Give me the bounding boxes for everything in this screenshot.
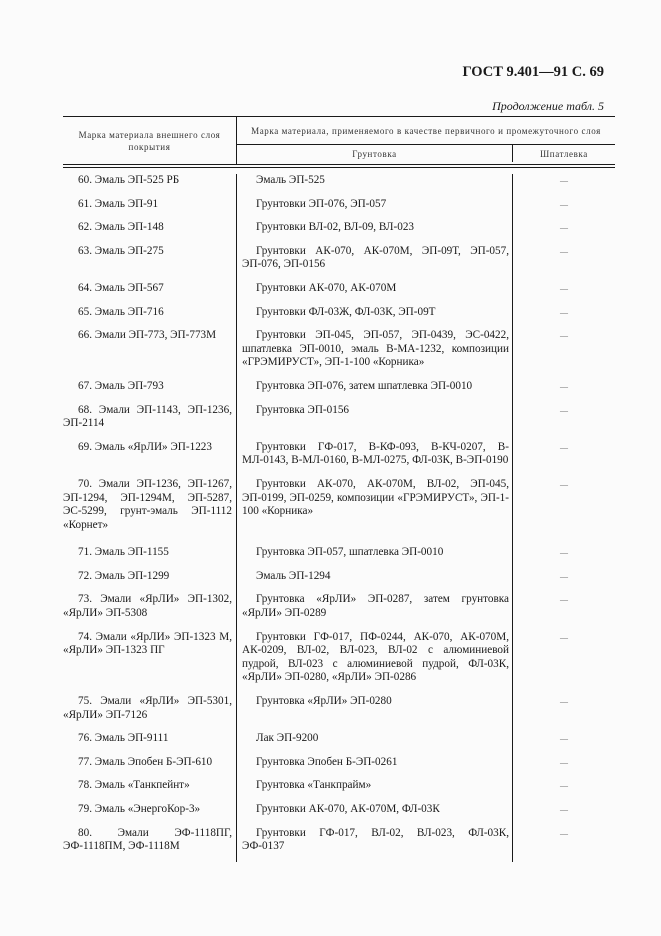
table-body: 60. Эмаль ЭП-525 РБЭмаль ЭП-525—61. Эмал…	[63, 174, 615, 862]
primer-cell: Грунтовка ЭП-076, затем шпатлевка ЭП-001…	[236, 380, 513, 394]
table-row: 66. Эмали ЭП-773, ЭП-773МГрунтовки ЭП-04…	[63, 329, 615, 370]
outer-layer-cell: 65. Эмаль ЭП-716	[63, 306, 236, 320]
table-row: 65. Эмаль ЭП-716Грунтовки ФЛ-03Ж, ФЛ-03К…	[63, 306, 615, 320]
table-row: 78. Эмаль «Танкпейнт»Грунтовка «Танкпрай…	[63, 779, 615, 793]
table-row: 73. Эмали «ЯрЛИ» ЭП-1302, «ЯрЛИ» ЭП-5308…	[63, 593, 615, 620]
table-row: 70. Эмали ЭП-1236, ЭП-1267, ЭП-1294, ЭП-…	[63, 478, 615, 532]
primer-cell: Эмаль ЭП-525	[236, 174, 513, 188]
table-row: 72. Эмаль ЭП-1299Эмаль ЭП-1294—	[63, 570, 615, 584]
primer-cell: Грунтовки АК-070, АК-070М, ЭП-09Т, ЭП-05…	[236, 245, 513, 272]
putty-cell: —	[513, 380, 615, 394]
putty-cell: —	[513, 329, 615, 370]
primer-cell: Грунтовка ЭП-0156	[236, 404, 513, 431]
table-row: 63. Эмаль ЭП-275Грунтовки АК-070, АК-070…	[63, 245, 615, 272]
putty-cell: —	[513, 732, 615, 746]
putty-cell: —	[513, 695, 615, 722]
primer-cell: Грунтовка ЭП-057, шпатлевка ЭП-0010	[236, 546, 513, 560]
outer-layer-cell: 78. Эмаль «Танкпейнт»	[63, 779, 236, 793]
outer-layer-cell: 72. Эмаль ЭП-1299	[63, 570, 236, 584]
putty-cell: —	[513, 404, 615, 431]
table-continued-label: Продолжение табл. 5	[0, 99, 604, 114]
column-divider	[236, 174, 237, 862]
outer-layer-cell: 70. Эмали ЭП-1236, ЭП-1267, ЭП-1294, ЭП-…	[63, 478, 236, 532]
table-header: Марка материала внешнего слоя покрытия М…	[63, 116, 615, 168]
outer-layer-cell: 73. Эмали «ЯрЛИ» ЭП-1302, «ЯрЛИ» ЭП-5308	[63, 593, 236, 620]
table-row: 68. Эмали ЭП-1143, ЭП-1236, ЭП-2114Грунт…	[63, 404, 615, 431]
putty-cell: —	[513, 282, 615, 296]
primer-cell: Грунтовка «ЯрЛИ» ЭП-0287, затем грунтовк…	[236, 593, 513, 620]
outer-layer-cell: 80. Эмали ЭФ-1118ПГ, ЭФ-1118ПМ, ЭФ-1118М	[63, 827, 236, 854]
header-group: Марка материала, применяемого в качестве…	[237, 117, 615, 164]
putty-cell: —	[513, 779, 615, 793]
outer-layer-cell: 60. Эмаль ЭП-525 РБ	[63, 174, 236, 188]
outer-layer-cell: 63. Эмаль ЭП-275	[63, 245, 236, 272]
primer-cell: Грунтовки ГФ-017, ПФ-0244, АК-070, АК-07…	[236, 631, 513, 685]
primer-cell: Грунтовки АК-070, АК-070М, ВЛ-02, ЭП-045…	[236, 478, 513, 532]
outer-layer-cell: 67. Эмаль ЭП-793	[63, 380, 236, 394]
table-row: 64. Эмаль ЭП-567Грунтовки АК-070, АК-070…	[63, 282, 615, 296]
putty-cell: —	[513, 570, 615, 584]
outer-layer-cell: 62. Эмаль ЭП-148	[63, 221, 236, 235]
table-row: 71. Эмаль ЭП-1155Грунтовка ЭП-057, шпатл…	[63, 546, 615, 560]
table-row: 76. Эмаль ЭП-9111Лак ЭП-9200—	[63, 732, 615, 746]
putty-cell: —	[513, 306, 615, 320]
putty-cell: —	[513, 546, 615, 560]
primer-cell: Грунтовки ВЛ-02, ВЛ-09, ВЛ-023	[236, 221, 513, 235]
table-row: 62. Эмаль ЭП-148Грунтовки ВЛ-02, ВЛ-09, …	[63, 221, 615, 235]
column-divider	[512, 174, 513, 862]
putty-cell: —	[513, 198, 615, 212]
header-outer-layer: Марка материала внешнего слоя покрытия	[63, 117, 237, 164]
header-group-title: Марка материала, применяемого в качестве…	[237, 117, 615, 145]
outer-layer-cell: 79. Эмаль «ЭнергоКор-3»	[63, 803, 236, 817]
putty-cell: —	[513, 756, 615, 770]
primer-cell: Лак ЭП-9200	[236, 732, 513, 746]
table-row: 74. Эмали «ЯрЛИ» ЭП-1323 М, «ЯрЛИ» ЭП-13…	[63, 631, 615, 685]
outer-layer-cell: 68. Эмали ЭП-1143, ЭП-1236, ЭП-2114	[63, 404, 236, 431]
table-row: 69. Эмаль «ЯрЛИ» ЭП-1223Грунтовки ГФ-017…	[63, 441, 615, 468]
outer-layer-cell: 66. Эмали ЭП-773, ЭП-773М	[63, 329, 236, 370]
putty-cell: —	[513, 221, 615, 235]
primer-cell: Грунтовка «Танкпрайм»	[236, 779, 513, 793]
outer-layer-cell: 77. Эмаль Эпобен Б-ЭП-610	[63, 756, 236, 770]
primer-cell: Грунтовки ГФ-017, В-КФ-093, В-КЧ-0207, В…	[236, 441, 513, 468]
primer-cell: Грунтовка «ЯрЛИ» ЭП-0280	[236, 695, 513, 722]
primer-cell: Грунтовки АК-070, АК-070М, ФЛ-03К	[236, 803, 513, 817]
table-row: 75. Эмали «ЯрЛИ» ЭП-5301, «ЯрЛИ» ЭП-7126…	[63, 695, 615, 722]
putty-cell: —	[513, 803, 615, 817]
outer-layer-cell: 75. Эмали «ЯрЛИ» ЭП-5301, «ЯрЛИ» ЭП-7126	[63, 695, 236, 722]
outer-layer-cell: 64. Эмаль ЭП-567	[63, 282, 236, 296]
primer-cell: Грунтовки ФЛ-03Ж, ФЛ-03К, ЭП-09Т	[236, 306, 513, 320]
putty-cell: —	[513, 174, 615, 188]
primer-cell: Грунтовки АК-070, АК-070М	[236, 282, 513, 296]
putty-cell: —	[513, 245, 615, 272]
header-putty: Шпатлевка	[513, 145, 615, 162]
primer-cell: Грунтовка Эпобен Б-ЭП-0261	[236, 756, 513, 770]
outer-layer-cell: 74. Эмали «ЯрЛИ» ЭП-1323 М, «ЯрЛИ» ЭП-13…	[63, 631, 236, 685]
table-row: 60. Эмаль ЭП-525 РБЭмаль ЭП-525—	[63, 174, 615, 188]
page-header: ГОСТ 9.401—91 С. 69	[0, 64, 604, 81]
outer-layer-cell: 76. Эмаль ЭП-9111	[63, 732, 236, 746]
putty-cell: —	[513, 478, 615, 532]
outer-layer-cell: 71. Эмаль ЭП-1155	[63, 546, 236, 560]
outer-layer-cell: 69. Эмаль «ЯрЛИ» ЭП-1223	[63, 441, 236, 468]
putty-cell: —	[513, 631, 615, 685]
putty-cell: —	[513, 827, 615, 854]
primer-cell: Грунтовки ЭП-045, ЭП-057, ЭП-0439, ЭС-04…	[236, 329, 513, 370]
table-row: 61. Эмаль ЭП-91Грунтовки ЭП-076, ЭП-057—	[63, 198, 615, 212]
materials-table: Марка материала внешнего слоя покрытия М…	[63, 116, 615, 862]
table-row: 80. Эмали ЭФ-1118ПГ, ЭФ-1118ПМ, ЭФ-1118М…	[63, 827, 615, 854]
putty-cell: —	[513, 441, 615, 468]
primer-cell: Эмаль ЭП-1294	[236, 570, 513, 584]
header-primer: Грунтовка	[237, 145, 513, 162]
putty-cell: —	[513, 593, 615, 620]
table-row: 67. Эмаль ЭП-793Грунтовка ЭП-076, затем …	[63, 380, 615, 394]
outer-layer-cell: 61. Эмаль ЭП-91	[63, 198, 236, 212]
primer-cell: Грунтовки ГФ-017, ВЛ-02, ВЛ-023, ФЛ-03К,…	[236, 827, 513, 854]
primer-cell: Грунтовки ЭП-076, ЭП-057	[236, 198, 513, 212]
header-subcolumns: Грунтовка Шпатлевка	[237, 145, 615, 162]
table-row: 79. Эмаль «ЭнергоКор-3»Грунтовки АК-070,…	[63, 803, 615, 817]
table-row: 77. Эмаль Эпобен Б-ЭП-610Грунтовка Эпобе…	[63, 756, 615, 770]
